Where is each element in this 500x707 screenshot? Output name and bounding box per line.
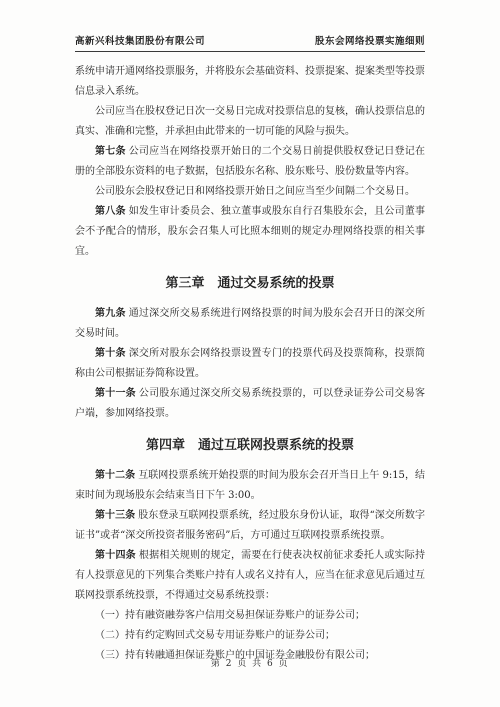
header-doc-title: 股东会网络投票实施细则 [315,33,425,47]
page-header: 高新兴科技集团股份有限公司 股东会网络投票实施细则 [75,33,425,52]
chapter-heading: 第三章 通过交易系统的投票 [75,273,425,294]
document-page: 高新兴科技集团股份有限公司 股东会网络投票实施细则 系统申请开通网络投票服务，并… [0,0,500,707]
paragraph: 公司股东会股权登记日和网络投票开始日之间应当至少间隔二个交易日。 [75,182,425,202]
paragraph: 第十条深交所对股东会网络投票设置专门的投票代码及投票简称，投票简称由公司根据证券… [75,344,425,384]
paragraph: 第十三条股东登录互联网投票系统，经过股东身份认证，取得“深交所数字证书”或者“深… [75,506,425,546]
paragraph: 第十四条根据相关规则的规定，需要在行使表决权前征求委托人或实际持有人投票意见的下… [75,546,425,606]
article-number: 第十一条 [95,388,136,399]
paragraph: 第十一条公司股东通过深交所交易系统投票的，可以登录证券公司交易客户端，参加网络投… [75,384,425,424]
article-number: 第十三条 [95,510,135,521]
article-number: 第七条 [95,146,126,157]
header-company-name: 高新兴科技集团股份有限公司 [75,33,205,47]
paragraph: 第九条通过深交所交易系统进行网络投票的时间为股东会召开日的深交所交易时间。 [75,304,425,344]
article-number: 第十条 [95,348,126,359]
article-number: 第九条 [95,308,126,319]
paragraph: 系统申请开通网络投票服务，并将股东会基础资料、投票提案、提案类型等投票信息录入系… [75,62,425,102]
page-footer: 第 2 页 共 6 页 [0,656,500,669]
page-number: 第 2 页 共 6 页 [211,659,289,669]
paragraph: 第七条公司应当在网络投票开始日的二个交易日前提供股权登记日登记在册的全部股东资料… [75,142,425,182]
list-item: （二）持有约定购回式交易专用证券账户的证券公司； [75,626,425,646]
paragraph: 公司应当在股权登记日次一交易日完成对投票信息的复核，确认投票信息的真实、准确和完… [75,102,425,142]
article-number: 第十四条 [95,550,136,561]
paragraph: 第八条如发生审计委员会、独立董事或股东自行召集股东会，且公司董事会不予配合的情形… [75,202,425,262]
article-number: 第八条 [95,206,126,217]
list-item: （一）持有融资融券客户信用交易担保证券账户的证券公司； [75,606,425,626]
chapter-heading: 第四章 通过互联网投票系统的投票 [75,435,425,456]
document-body: 系统申请开通网络投票服务，并将股东会基础资料、投票提案、提案类型等投票信息录入系… [75,52,425,666]
paragraph: 第十二条互联网投票系统开始投票的时间为股东会召开当日上午 9:15，结束时间为现… [75,466,425,506]
article-number: 第十二条 [95,470,135,481]
